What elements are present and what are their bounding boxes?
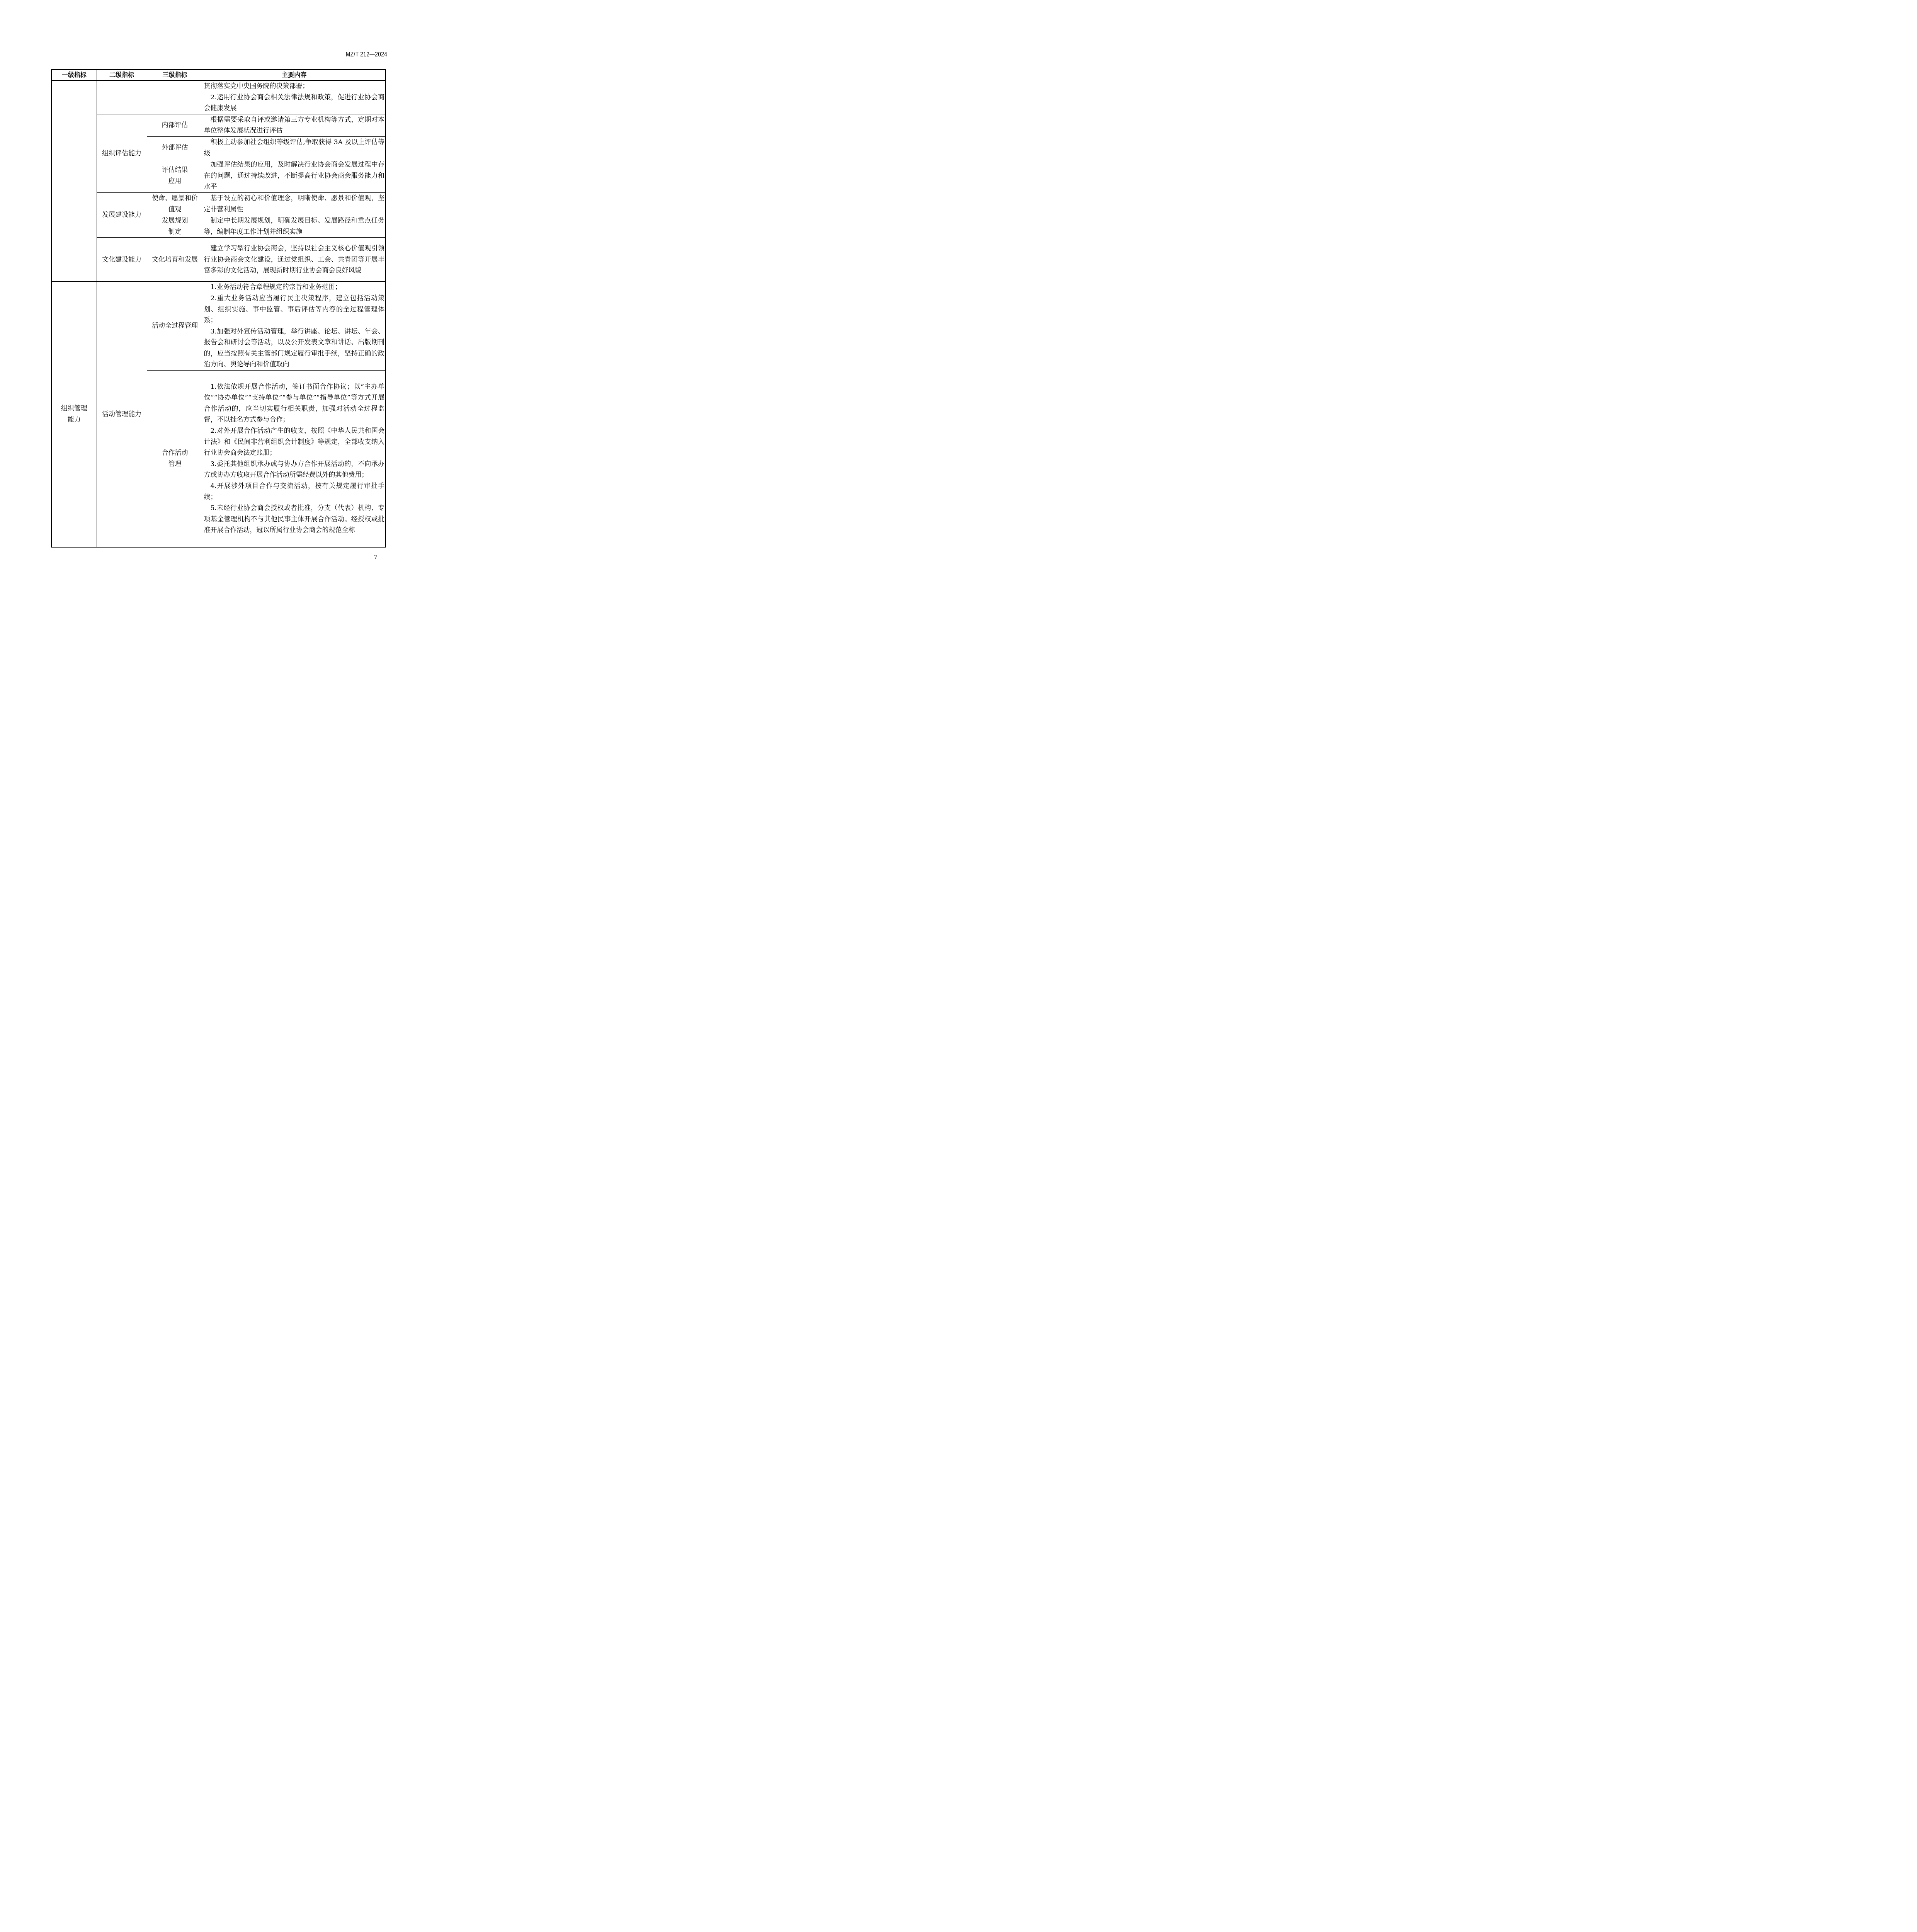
table-row: 贯彻落实党中央国务院的决策部署； 2.运用行业协会商会相关法律法规和政策，促进行…: [51, 80, 386, 114]
level3-line: 合作活动: [148, 447, 202, 459]
content-paragraph: 建立学习型行业协会商会，坚持以社会主义核心价值观引领行业协会商会文化建设，通过党…: [204, 243, 385, 276]
content-paragraph: 积极主动参加社会组织等级评估,争取获得 3A 及以上评估等级: [204, 137, 385, 159]
content-paragraph: 2.对外开展合作活动产生的收支，按照《中华人民共和国会计法》和《民间非营利组织会…: [204, 425, 385, 459]
level3-line: 使命、愿景和价: [148, 193, 202, 204]
content-paragraph: 2.运用行业协会商会相关法律法规和政策，促进行业协会商会健康发展: [204, 92, 385, 114]
level3-line: 应用: [148, 176, 202, 187]
content-paragraph: 3.委托其他组织承办或与协办方合作开展活动的，不向承办方或协办方收取开展合作活动…: [204, 459, 385, 481]
level3-line: 值观: [148, 204, 202, 215]
document-code: MZ/T 212—2024: [346, 51, 387, 58]
content-paragraph: 加强评估结果的应用，及时解决行业协会商会发展过程中存在的问题，通过持续改进，不断…: [204, 159, 385, 192]
content-paragraph: 根据需要采取自评或邀请第三方专业机构等方式，定期对本单位整体发展状况进行评估: [204, 114, 385, 136]
level3-line: 评估结果: [148, 165, 202, 176]
level1-cell: 组织管理 能力: [51, 282, 97, 547]
content-cell: 贯彻落实党中央国务院的决策部署； 2.运用行业协会商会相关法律法规和政策，促进行…: [203, 80, 386, 114]
level3-line: 制定: [148, 226, 202, 238]
content-cell: 1.依法依规开展合作活动，签订书面合作协议；以“主办单位”“协办单位”“支持单位…: [203, 371, 386, 547]
level3-cell: 外部评估: [147, 136, 203, 159]
level1-line: 能力: [53, 414, 96, 425]
content-paragraph: 2.重大业务活动应当履行民主决策程序，建立包括活动策划、组织实施、事中监管、事后…: [204, 293, 385, 326]
content-cell: 加强评估结果的应用，及时解决行业协会商会发展过程中存在的问题，通过持续改进，不断…: [203, 159, 386, 193]
level2-cell: 发展建设能力: [97, 192, 147, 237]
column-header-level3: 三级指标: [147, 70, 203, 80]
content-cell: 积极主动参加社会组织等级评估,争取获得 3A 及以上评估等级: [203, 136, 386, 159]
table-row: 组织评估能力 内部评估 根据需要采取自评或邀请第三方专业机构等方式，定期对本单位…: [51, 114, 386, 136]
level3-cell: 内部评估: [147, 114, 203, 136]
level2-cell: 组织评估能力: [97, 114, 147, 192]
content-paragraph: 5.未经行业协会商会授权或者批准，分支（代表）机构、专项基金管理机构不与其他民事…: [204, 503, 385, 536]
level1-cell-continued: [51, 80, 97, 282]
content-paragraph: 4.开展涉外项目合作与交流活动，按有关规定履行审批手续；: [204, 481, 385, 503]
content-paragraph: 1.依法依规开展合作活动，签订书面合作协议；以“主办单位”“协办单位”“支持单位…: [204, 381, 385, 425]
content-cell: 制定中长期发展规划，明确发展目标、发展路径和重点任务等，编制年度工作计划并组织实…: [203, 215, 386, 238]
column-header-level2: 二级指标: [97, 70, 147, 80]
level3-cell-continued: [147, 80, 203, 114]
column-header-level1: 一级指标: [51, 70, 97, 80]
column-header-content: 主要内容: [203, 70, 386, 80]
level3-cell: 合作活动 管理: [147, 371, 203, 547]
level3-line: 发展规划: [148, 215, 202, 226]
table-header-row: 一级指标 二级指标 三级指标 主要内容: [51, 70, 386, 80]
content-paragraph: 3.加强对外宣传活动管理，举行讲座、论坛、讲坛、年会、报告会和研讨会等活动，以及…: [204, 326, 385, 370]
level3-cell: 评估结果 应用: [147, 159, 203, 193]
content-paragraph: 1.业务活动符合章程规定的宗旨和业务范围；: [204, 282, 385, 293]
level3-cell: 活动全过程管理: [147, 282, 203, 371]
level3-cell: 使命、愿景和价 值观: [147, 192, 203, 215]
page-number: 7: [374, 553, 378, 561]
level2-cell: 文化建设能力: [97, 238, 147, 282]
level3-cell: 文化培育和发展: [147, 238, 203, 282]
indicator-table: 一级指标 二级指标 三级指标 主要内容 贯彻落实党中央国务院的决策部署； 2.运…: [51, 69, 386, 548]
content-cell: 建立学习型行业协会商会，坚持以社会主义核心价值观引领行业协会商会文化建设，通过党…: [203, 238, 386, 282]
level2-cell: 活动管理能力: [97, 282, 147, 547]
content-paragraph: 制定中长期发展规划，明确发展目标、发展路径和重点任务等，编制年度工作计划并组织实…: [204, 215, 385, 237]
level1-line: 组织管理: [53, 403, 96, 414]
level3-cell: 发展规划 制定: [147, 215, 203, 238]
level2-cell-continued: [97, 80, 147, 114]
table-row: 发展建设能力 使命、愿景和价 值观 基于设立的初心和价值理念，明晰使命、愿景和价…: [51, 192, 386, 215]
content-paragraph: 贯彻落实党中央国务院的决策部署；: [204, 81, 385, 92]
table-row: 文化建设能力 文化培育和发展 建立学习型行业协会商会，坚持以社会主义核心价值观引…: [51, 238, 386, 282]
content-cell: 1.业务活动符合章程规定的宗旨和业务范围； 2.重大业务活动应当履行民主决策程序…: [203, 282, 386, 371]
level3-line: 管理: [148, 459, 202, 470]
content-cell: 基于设立的初心和价值理念，明晰使命、愿景和价值观，坚定非营利属性: [203, 192, 386, 215]
content-paragraph: 基于设立的初心和价值理念，明晰使命、愿景和价值观，坚定非营利属性: [204, 193, 385, 215]
table-row: 组织管理 能力 活动管理能力 活动全过程管理 1.业务活动符合章程规定的宗旨和业…: [51, 282, 386, 371]
content-cell: 根据需要采取自评或邀请第三方专业机构等方式，定期对本单位整体发展状况进行评估: [203, 114, 386, 136]
